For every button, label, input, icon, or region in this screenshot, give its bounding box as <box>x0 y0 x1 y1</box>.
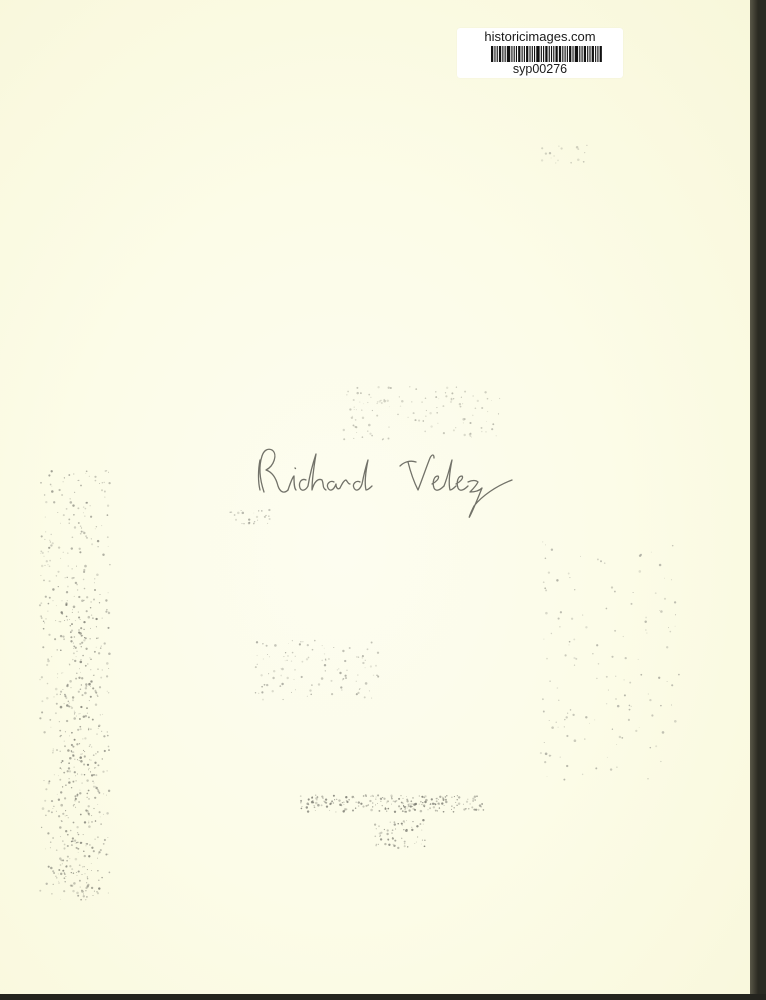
photo-back-page: historicimages.com syp00276 <box>0 0 758 994</box>
label-code-text: syp00276 <box>457 62 623 76</box>
handwritten-signature <box>250 440 520 525</box>
label-site-text: historicimages.com <box>457 30 623 44</box>
archive-label: historicimages.com syp00276 <box>457 28 623 78</box>
scan-edge-right <box>750 0 758 994</box>
barcode-icon <box>491 46 603 62</box>
scan-edge-bottom <box>0 994 766 1000</box>
